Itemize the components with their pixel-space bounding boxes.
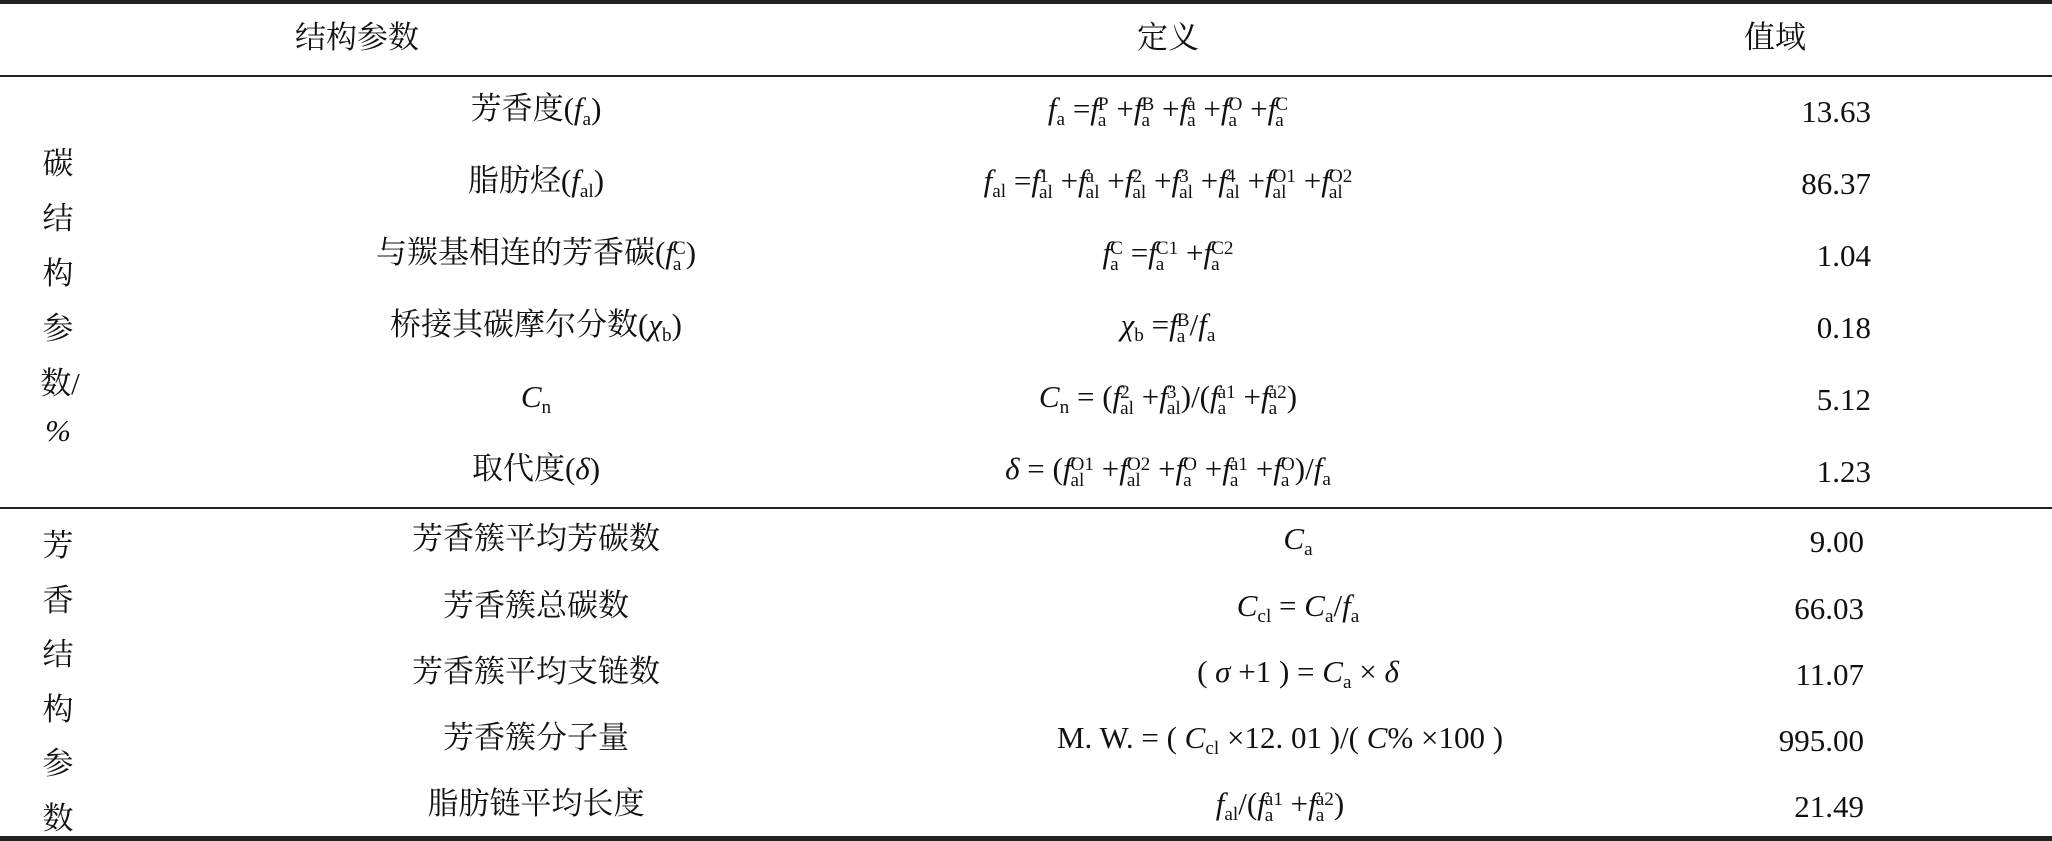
definition-formula: Ccl = Ca/fa	[1237, 590, 1360, 626]
definition-formula: fa =fPa +fBa +faa +fOa +fCa	[1048, 93, 1288, 129]
header-rule	[0, 75, 2052, 77]
header-definition: 定义	[1137, 22, 1199, 53]
definition-formula: fal =f1al +faal +f2al +f3al +f4al +fO1al…	[984, 165, 1353, 201]
param-name: 芳香簇总碳数	[443, 590, 629, 621]
top-border	[0, 0, 2052, 4]
value-cell: 0.18	[1817, 312, 1871, 343]
definition-formula: ( σ +1 ) = Ca × δ	[1197, 656, 1399, 692]
param-name: 桥接其碳摩尔分数(χb)	[390, 309, 682, 345]
value-cell: 9.00	[1810, 526, 1864, 557]
value-cell: 1.23	[1817, 456, 1871, 487]
value-cell: 1.04	[1817, 240, 1871, 271]
value-cell: 13.63	[1801, 96, 1871, 127]
param-name: 芳香簇平均支链数	[412, 656, 660, 687]
param-name: 与羰基相连的芳香碳(fCa)	[376, 237, 696, 272]
param-name: Cn	[521, 381, 551, 417]
param-name: 取代度(δ)	[472, 453, 600, 484]
param-name: 脂肪烃(fal)	[468, 165, 604, 201]
definition-formula: Ca	[1283, 523, 1312, 559]
definition-formula: M. W. = ( Ccl ×12. 01 )/( C% ×100 )	[1057, 722, 1503, 758]
definition-formula: fCa =fC1a +fC2a	[1103, 237, 1234, 272]
value-cell: 66.03	[1794, 593, 1864, 624]
param-name: 芳香度(fa)	[471, 93, 602, 129]
value-cell: 21.49	[1794, 791, 1864, 822]
value-cell: 11.07	[1795, 659, 1864, 690]
header-param: 结构参数	[295, 22, 419, 53]
value-cell: 86.37	[1801, 168, 1871, 199]
definition-formula: δ = (fO1al +fO2al +fOa +fa1a +fOa)/fa	[1005, 453, 1331, 489]
param-name: 芳香簇平均芳碳数	[412, 523, 660, 554]
definition-formula: χb =fBa/fa	[1121, 309, 1216, 345]
section-divider	[0, 507, 2052, 509]
value-cell: 5.12	[1817, 384, 1871, 415]
definition-formula: Cn = (f2al +f3al)/(fa1a +fa2a)	[1039, 381, 1297, 417]
param-name: 芳香簇分子量	[443, 722, 629, 753]
definition-formula: fal/(fa1a +fa2a)	[1216, 788, 1344, 824]
value-cell: 995.00	[1779, 725, 1864, 756]
bottom-border	[0, 836, 2052, 841]
param-name: 脂肪链平均长度	[428, 788, 645, 819]
header-value: 值域	[1744, 22, 1806, 53]
